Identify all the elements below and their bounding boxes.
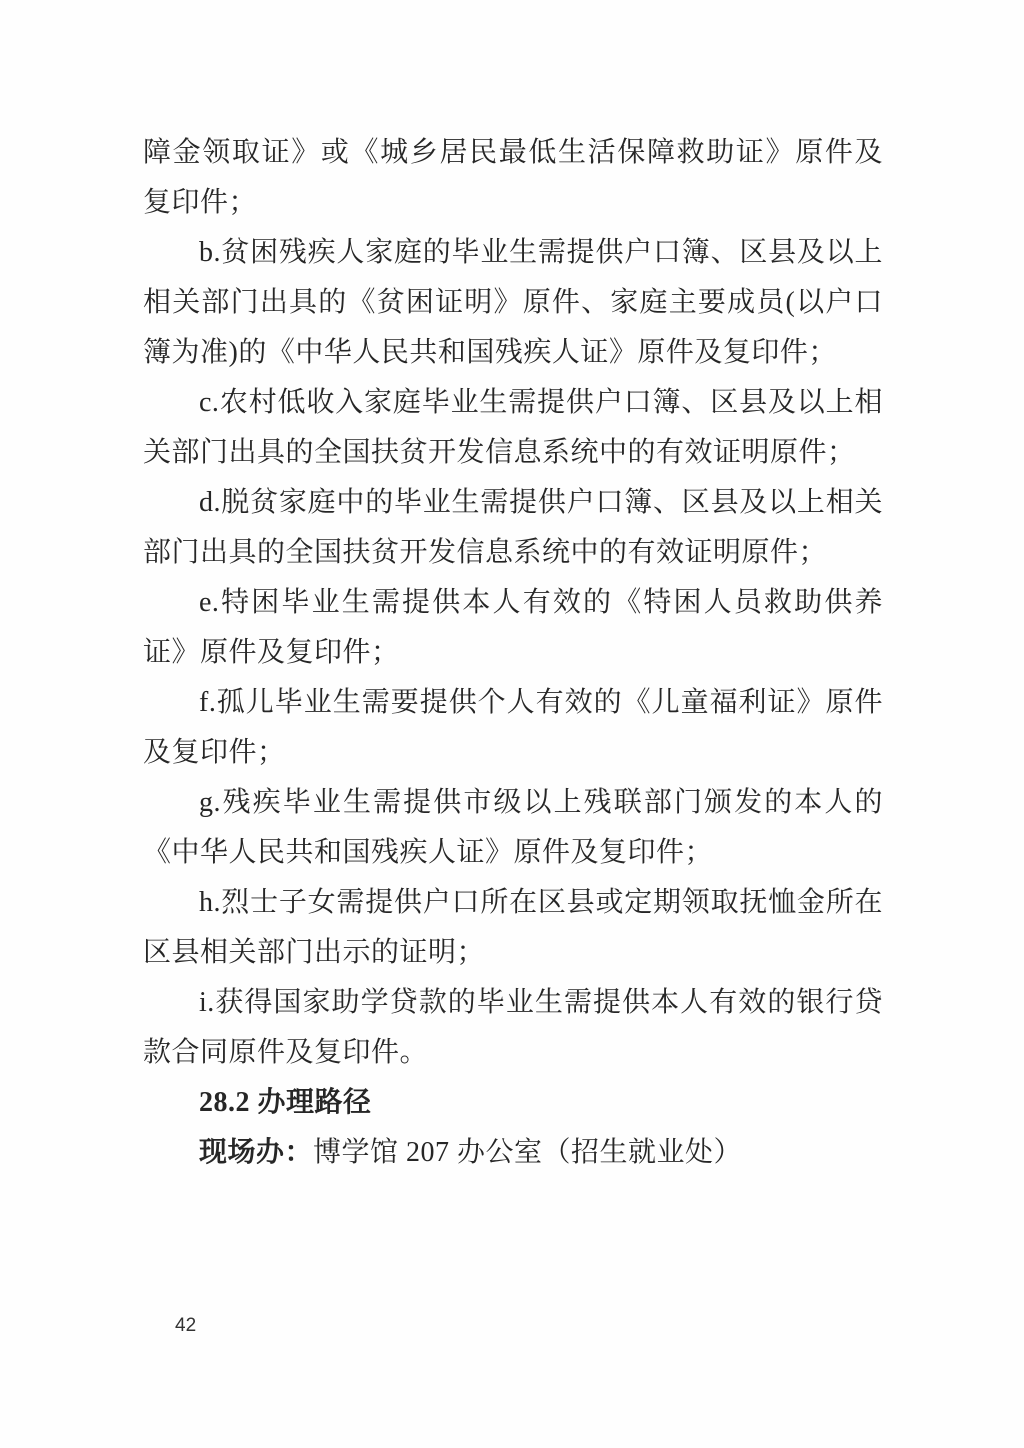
list-item-h: h.烈士子女需提供户口所在区县或定期领取抚恤金所在区县相关部门出示的证明；: [143, 878, 883, 978]
location-line: 现场办：博学馆 207 办公室（招生就业处）: [143, 1128, 883, 1178]
list-item-i: i.获得国家助学贷款的毕业生需提供本人有效的银行贷款合同原件及复印件。: [143, 978, 883, 1078]
list-item-d: d.脱贫家庭中的毕业生需提供户口簿、区县及以上相关部门出具的全国扶贫开发信息系统…: [143, 478, 883, 578]
list-item-b: b.贫困残疾人家庭的毕业生需提供户口簿、区县及以上相关部门出具的《贫困证明》原件…: [143, 228, 883, 378]
list-item-g: g.残疾毕业生需提供市级以上残联部门颁发的本人的《中华人民共和国残疾人证》原件及…: [143, 778, 883, 878]
location-value: 博学馆 207 办公室（招生就业处）: [313, 1137, 742, 1168]
section-heading-28-2: 28.2 办理路径: [143, 1078, 883, 1128]
document-body: 障金领取证》或《城乡居民最低生活保障救助证》原件及复印件； b.贫困残疾人家庭的…: [143, 128, 883, 1178]
document-page: 障金领取证》或《城乡居民最低生活保障救助证》原件及复印件； b.贫困残疾人家庭的…: [0, 0, 1024, 1448]
page-number: 42: [175, 1314, 196, 1338]
list-item-c: c.农村低收入家庭毕业生需提供户口簿、区县及以上相关部门出具的全国扶贫开发信息系…: [143, 378, 883, 478]
list-item-e: e.特困毕业生需提供本人有效的《特困人员救助供养证》原件及复印件；: [143, 578, 883, 678]
list-item-f: f.孤儿毕业生需要提供个人有效的《儿童福利证》原件及复印件；: [143, 678, 883, 778]
paragraph-continuation: 障金领取证》或《城乡居民最低生活保障救助证》原件及复印件；: [143, 128, 883, 228]
location-label: 现场办：: [199, 1137, 313, 1168]
